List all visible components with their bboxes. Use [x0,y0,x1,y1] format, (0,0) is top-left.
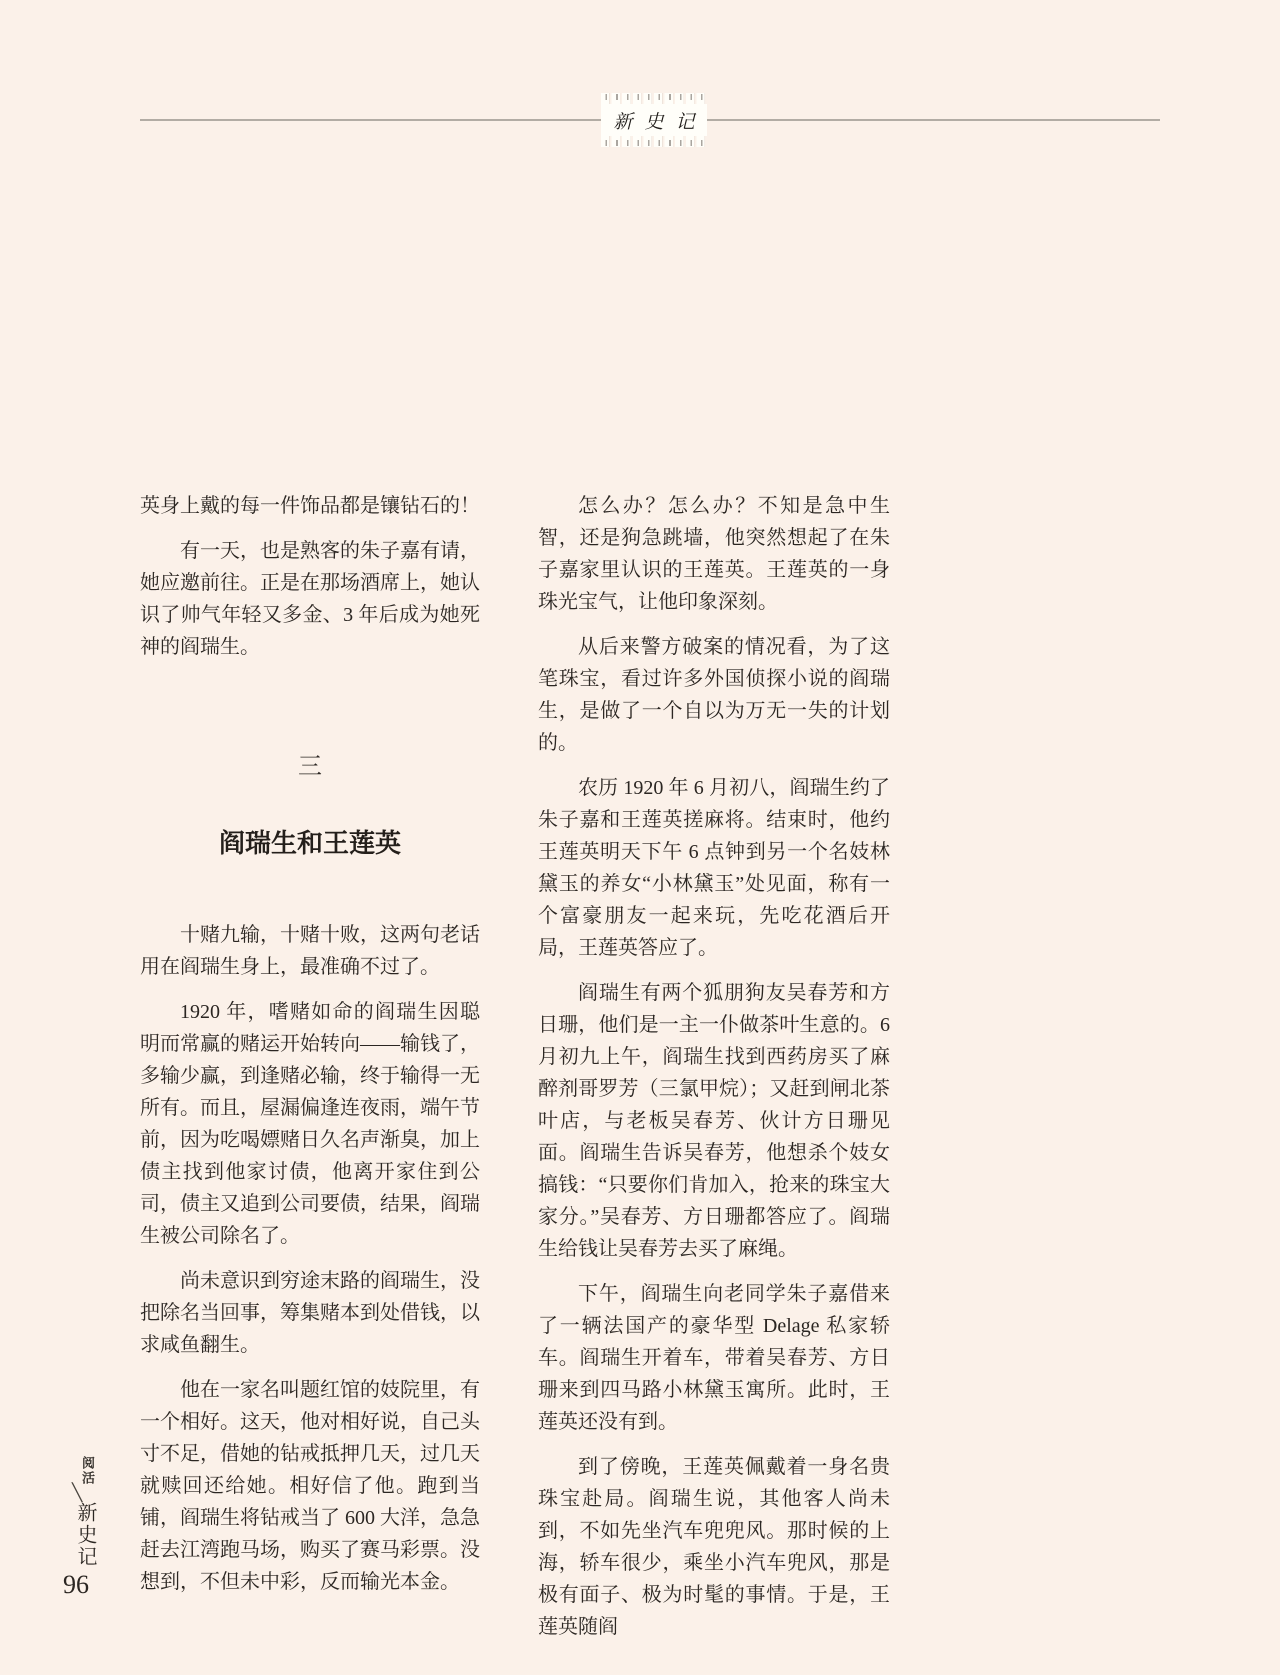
magazine-title-text: 新史记 [613,107,706,134]
sidebar-slash-icon: ╲ [72,1483,82,1503]
paragraph: 尚未意识到穷途末路的阎瑞生，没把除名当回事，筹集赌本到处借钱，以求咸鱼翻生。 [140,1265,480,1361]
right-text-column: 怎么办？怎么办？不知是急中生智，还是狗急跳墙，他突然想起了在朱子嘉家里认识的王莲… [538,490,890,1656]
paragraph: 怎么办？怎么办？不知是急中生智，还是狗急跳墙，他突然想起了在朱子嘉家里认识的王莲… [538,490,890,618]
sidebar-magazine-label: 阅活 [78,1456,97,1486]
paragraph: 到了傍晚，王莲英佩戴着一身名贵珠宝赴局。阎瑞生说，其他客人尚未到，不如先坐汽车兜… [538,1451,890,1643]
paragraph: 1920 年，嗜赌如命的阎瑞生因聪明而常赢的赌运开始转向——输钱了，多输少赢，到… [140,996,480,1252]
magazine-page: 新史记 英身上戴的每一件饰品都是镶钻石的！ 有一天，也是熟客的朱子嘉有请，她应邀… [0,0,1280,1675]
paragraph: 他在一家名叫题红馆的妓院里，有一个相好。这天，他对相好说，自己头寸不足，借她的钻… [140,1374,480,1598]
paragraph: 从后来警方破案的情况看，为了这笔珠宝，看过许多外国侦探小说的阎瑞生，是做了一个自… [538,631,890,759]
section-number: 三 [140,753,480,781]
bamboo-slip-banner: 新史记 [601,93,707,147]
paragraph: 英身上戴的每一件饰品都是镶钻石的！ [140,490,480,522]
paragraph: 下午，阎瑞生向老同学朱子嘉借来了一辆法国产的豪华型 Delage 私家轿车。阎瑞… [538,1278,890,1438]
left-text-column: 英身上戴的每一件饰品都是镶钻石的！ 有一天，也是熟客的朱子嘉有请，她应邀前往。正… [140,490,480,1611]
paragraph: 农历 1920 年 6 月初八，阎瑞生约了朱子嘉和王莲英搓麻将。结束时，他约王莲… [538,772,890,964]
section-title: 阎瑞生和王莲英 [140,829,480,859]
paragraph: 有一天，也是熟客的朱子嘉有请，她应邀前往。正是在那场酒席上，她认识了帅气年轻又多… [140,535,480,663]
magazine-title: 新史记 [601,93,707,147]
paragraph: 十赌九输，十赌十败，这两句老话用在阎瑞生身上，最准确不过了。 [140,919,480,983]
page-number: 96 [63,1570,89,1600]
sidebar-section-label: 新史记 [71,1502,100,1568]
paragraph: 阎瑞生有两个狐朋狗友吴春芳和方日珊，他们是一主一仆做茶叶生意的。6 月初九上午，… [538,977,890,1265]
